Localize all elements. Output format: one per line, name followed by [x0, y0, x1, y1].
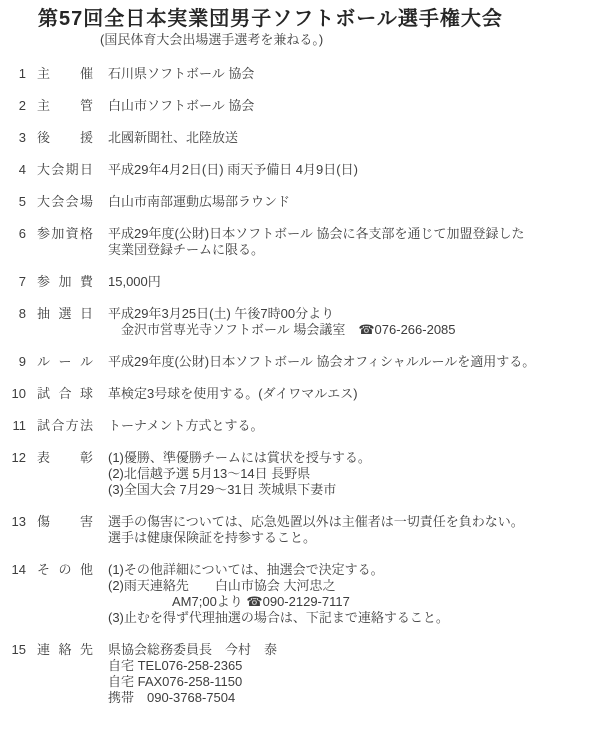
item-number: 4	[0, 162, 26, 178]
item-content: 石川県ソフトボール 協会	[108, 66, 600, 82]
item-text-line: 平成29年度(公財)日本ソフトボール 協会オフィシャルルールを適用する。	[108, 354, 600, 370]
item-number: 13	[0, 514, 26, 530]
item-text-line: 実業団登録チームに限る。	[108, 242, 600, 258]
item-text-line: (2)雨天連絡先 白山市協会 大河忠之	[108, 578, 600, 594]
item-number: 11	[0, 418, 26, 434]
item-label: 主催	[37, 66, 93, 82]
item-label: 連絡先	[37, 642, 93, 658]
item-content: 平成29年3月25日(土) 午後7時00分より 金沢市営専光寺ソフトボール 場会…	[108, 306, 600, 338]
item-label: 後援	[37, 130, 93, 146]
item-text-line: 白山市ソフトボール 協会	[108, 98, 600, 114]
doc-item-11-game-format: 11 試合方法 トーナメント方式とする。	[0, 418, 600, 434]
item-label: 参加費	[37, 274, 93, 290]
item-label: 大会期日	[37, 162, 93, 178]
item-label: 試合方法	[37, 418, 93, 434]
item-content: 革検定3号球を使用する。(ダイワマルエス)	[108, 386, 600, 402]
item-content: 選手の傷害については、応急処置以外は主催者は一切責任を負わない。 選手は健康保険…	[108, 514, 600, 546]
item-text-line: (3)止むを得ず代理抽選の場合は、下記まで連絡すること。	[108, 610, 600, 626]
doc-item-9-rules: 9 ルール 平成29年度(公財)日本ソフトボール 協会オフィシャルルールを適用す…	[0, 354, 600, 370]
doc-item-2-management: 2 主管 白山市ソフトボール 協会	[0, 98, 600, 114]
item-number: 15	[0, 642, 26, 658]
item-text-line: 携帯 090-3768-7504	[108, 690, 600, 706]
item-text-line: 県協会総務委員長 今村 泰	[108, 642, 600, 658]
item-text-line: 平成29年3月25日(土) 午後7時00分より	[108, 306, 600, 322]
item-text-line: 平成29年4月2日(日) 雨天予備日 4月9日(日)	[108, 162, 600, 178]
item-label: 大会会場	[37, 194, 93, 210]
doc-item-6-eligibility: 6 参加資格 平成29年度(公財)日本ソフトボール 協会に各支部を通じて加盟登録…	[0, 226, 600, 258]
item-label: 主管	[37, 98, 93, 114]
doc-item-7-entry-fee: 7 参加費 15,000円	[0, 274, 600, 290]
item-number: 2	[0, 98, 26, 114]
item-number: 8	[0, 306, 26, 322]
item-content: 15,000円	[108, 274, 600, 290]
item-content: 白山市ソフトボール 協会	[108, 98, 600, 114]
item-label: 表彰	[37, 450, 93, 466]
item-text-line: 自宅 FAX076-258-1150	[108, 674, 600, 690]
item-text-line: 平成29年度(公財)日本ソフトボール 協会に各支部を通じて加盟登録した	[108, 226, 600, 242]
item-label: ルール	[37, 354, 93, 370]
item-content: 平成29年4月2日(日) 雨天予備日 4月9日(日)	[108, 162, 600, 178]
item-number: 5	[0, 194, 26, 210]
document-title: 第57回全日本実業団男子ソフトボール選手権大会	[38, 7, 600, 31]
item-text-line: (2)北信越予選 5月13～14日 長野県	[108, 466, 600, 482]
item-number: 10	[0, 386, 26, 402]
item-text-line: 石川県ソフトボール 協会	[108, 66, 600, 82]
item-content: (1)優勝、準優勝チームには賞状を授与する。 (2)北信越予選 5月13～14日…	[108, 450, 600, 498]
doc-item-14-other: 14 その他 (1)その他詳細については、抽選会で決定する。 (2)雨天連絡先 …	[0, 562, 600, 626]
item-text-line: 自宅 TEL076-258-2365	[108, 658, 600, 674]
item-text-line: 白山市南部運動広場部ラウンド	[108, 194, 600, 210]
item-number: 14	[0, 562, 26, 578]
item-text-line: 革検定3号球を使用する。(ダイワマルエス)	[108, 386, 600, 402]
doc-item-5-venue: 5 大会会場 白山市南部運動広場部ラウンド	[0, 194, 600, 210]
item-text-line: AM7;00より ☎090-2129-7117	[108, 594, 600, 610]
document-page: 第57回全日本実業団男子ソフトボール選手権大会 (国民体育大会出場選手選考を兼ね…	[0, 0, 600, 748]
item-label: 試合球	[37, 386, 93, 402]
item-content: (1)その他詳細については、抽選会で決定する。 (2)雨天連絡先 白山市協会 大…	[108, 562, 600, 626]
doc-item-4-date: 4 大会期日 平成29年4月2日(日) 雨天予備日 4月9日(日)	[0, 162, 600, 178]
document-body: 1 主催 石川県ソフトボール 協会 2 主管 白山市ソフトボール 協会 3 後援…	[0, 66, 600, 706]
item-text-line: 選手は健康保険証を持参すること。	[108, 530, 600, 546]
item-label: 抽選日	[37, 306, 93, 322]
item-number: 12	[0, 450, 26, 466]
item-number: 3	[0, 130, 26, 146]
item-content: 県協会総務委員長 今村 泰 自宅 TEL076-258-2365 自宅 FAX0…	[108, 642, 600, 706]
item-text-line: 選手の傷害については、応急処置以外は主催者は一切責任を負わない。	[108, 514, 600, 530]
item-text-line: 15,000円	[108, 274, 600, 290]
item-content: 平成29年度(公財)日本ソフトボール 協会に各支部を通じて加盟登録した 実業団登…	[108, 226, 600, 258]
item-text-line: (1)その他詳細については、抽選会で決定する。	[108, 562, 600, 578]
item-label: 傷害	[37, 514, 93, 530]
item-number: 7	[0, 274, 26, 290]
item-text-line: 北國新聞社、北陸放送	[108, 130, 600, 146]
doc-item-10-game-ball: 10 試合球 革検定3号球を使用する。(ダイワマルエス)	[0, 386, 600, 402]
item-number: 6	[0, 226, 26, 242]
doc-item-12-awards: 12 表彰 (1)優勝、準優勝チームには賞状を授与する。 (2)北信越予選 5月…	[0, 450, 600, 498]
item-text-line: トーナメント方式とする。	[108, 418, 600, 434]
doc-item-15-contact: 15 連絡先 県協会総務委員長 今村 泰 自宅 TEL076-258-2365 …	[0, 642, 600, 706]
doc-item-1-organizer: 1 主催 石川県ソフトボール 協会	[0, 66, 600, 82]
item-number: 1	[0, 66, 26, 82]
item-text-line: (3)全国大会 7月29～31日 茨城県下妻市	[108, 482, 600, 498]
item-text-line: 金沢市営専光寺ソフトボール 場会議室 ☎076-266-2085	[108, 322, 600, 338]
doc-item-3-support: 3 後援 北國新聞社、北陸放送	[0, 130, 600, 146]
item-content: トーナメント方式とする。	[108, 418, 600, 434]
doc-item-13-injury: 13 傷害 選手の傷害については、応急処置以外は主催者は一切責任を負わない。 選…	[0, 514, 600, 546]
item-number: 9	[0, 354, 26, 370]
document-subtitle: (国民体育大会出場選手選考を兼ねる。)	[100, 32, 600, 48]
item-content: 平成29年度(公財)日本ソフトボール 協会オフィシャルルールを適用する。	[108, 354, 600, 370]
item-text-line: (1)優勝、準優勝チームには賞状を授与する。	[108, 450, 600, 466]
item-label: その他	[37, 562, 93, 578]
item-content: 北國新聞社、北陸放送	[108, 130, 600, 146]
doc-item-8-lottery-day: 8 抽選日 平成29年3月25日(土) 午後7時00分より 金沢市営専光寺ソフト…	[0, 306, 600, 338]
item-label: 参加資格	[37, 226, 93, 242]
item-content: 白山市南部運動広場部ラウンド	[108, 194, 600, 210]
